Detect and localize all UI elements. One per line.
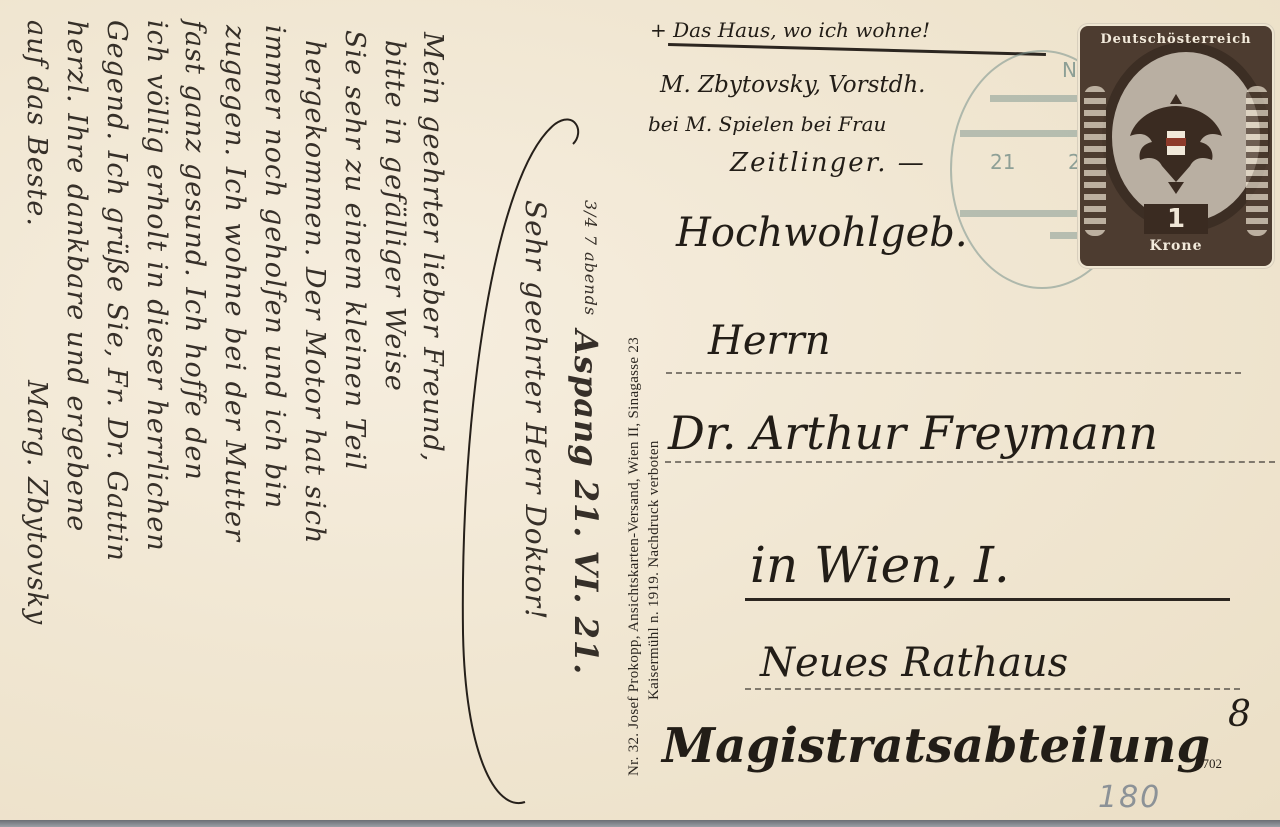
address-street: Neues Rathaus: [760, 640, 1068, 686]
sender-note-line4: Zeitlinger. —: [730, 148, 926, 178]
eagle-icon: [1128, 86, 1224, 196]
address-title: Herrn: [708, 318, 831, 364]
message-line: herzl. Ihre dankbare und ergebene: [61, 20, 92, 532]
message-line: immer noch geholfen und ich bin: [259, 25, 290, 509]
address-city-underline: [745, 598, 1230, 601]
address-department-number: 8: [1228, 694, 1251, 735]
sender-note-line1: + Das Haus, wo ich wohne!: [650, 18, 930, 42]
publisher-imprint-line1: Nr. 32. Josef Prokopp, Ansichtskarten-Ve…: [626, 337, 643, 776]
address-department: Magistratsabteilung: [662, 718, 1210, 774]
sender-note-line2: M. Zbytovsky, Vorstdh.: [660, 72, 926, 98]
address-line-1: [666, 372, 1241, 374]
postmark-bar: [960, 210, 1080, 217]
message-line: Sie sehr zu einem kleinen Teil: [339, 30, 370, 471]
address-line-3: [745, 688, 1240, 690]
pencil-note: 180: [1098, 780, 1161, 815]
dateline-place-date: Aspang 21. VI. 21.: [567, 330, 605, 675]
postmark-text: 21: [990, 150, 1015, 174]
message-line: Gegend. Ich grüße Sie, Fr. Dr. Gattin: [101, 20, 132, 562]
message-line: ich völlig erholt in dieser herrlichen: [141, 20, 172, 552]
postcard: Mein geehrter lieber Freund, bitte in ge…: [0, 0, 1280, 820]
postmark-text: 2: [1068, 150, 1081, 174]
message-line: zugegen. Ich wohne bei der Mutter: [219, 25, 250, 542]
address-salutation: Hochwohlgeb.: [676, 210, 968, 256]
scan-edge: [0, 820, 1280, 827]
stamp-ornament: [1246, 86, 1268, 236]
stamp-ornament: [1084, 86, 1106, 236]
stamp-value: 1: [1144, 204, 1208, 234]
stamp-country: Deutschösterreich: [1080, 32, 1272, 47]
postmark-bar: [990, 95, 1080, 102]
postmark-text: N: [1062, 58, 1077, 82]
stamp-unit: Krone: [1080, 238, 1272, 254]
greeting: Sehr geehrter Herr Doktor!: [519, 200, 552, 620]
message-line: fast ganz gesund. Ich hoffe den: [179, 20, 210, 481]
postage-stamp: Deutschösterreich 1 Krone: [1080, 26, 1272, 266]
address-line-2: [665, 461, 1275, 463]
message-line: Mein geehrter lieber Freund,: [417, 32, 448, 462]
message-line: auf das Beste.: [21, 20, 52, 227]
sender-note-underline: [668, 43, 1046, 56]
dateline-time: 3/4 7 abends: [581, 200, 600, 316]
sender-note-line3: bei M. Spielen bei Frau: [648, 112, 886, 136]
catalog-number: 7702: [1196, 756, 1222, 772]
signature: Marg. Zbytovsky: [21, 380, 52, 625]
message-line: bitte in gefälliger Weise: [379, 40, 410, 392]
message-line: hergekommen. Der Motor hat sich: [299, 40, 330, 544]
address-city: in Wien, I.: [750, 536, 1010, 594]
address-name: Dr. Arthur Freymann: [668, 406, 1158, 460]
publisher-imprint-line2: Kaisermühl n. 1919. Nachdruck verboten: [646, 440, 663, 700]
postmark-bar: [960, 130, 1080, 137]
